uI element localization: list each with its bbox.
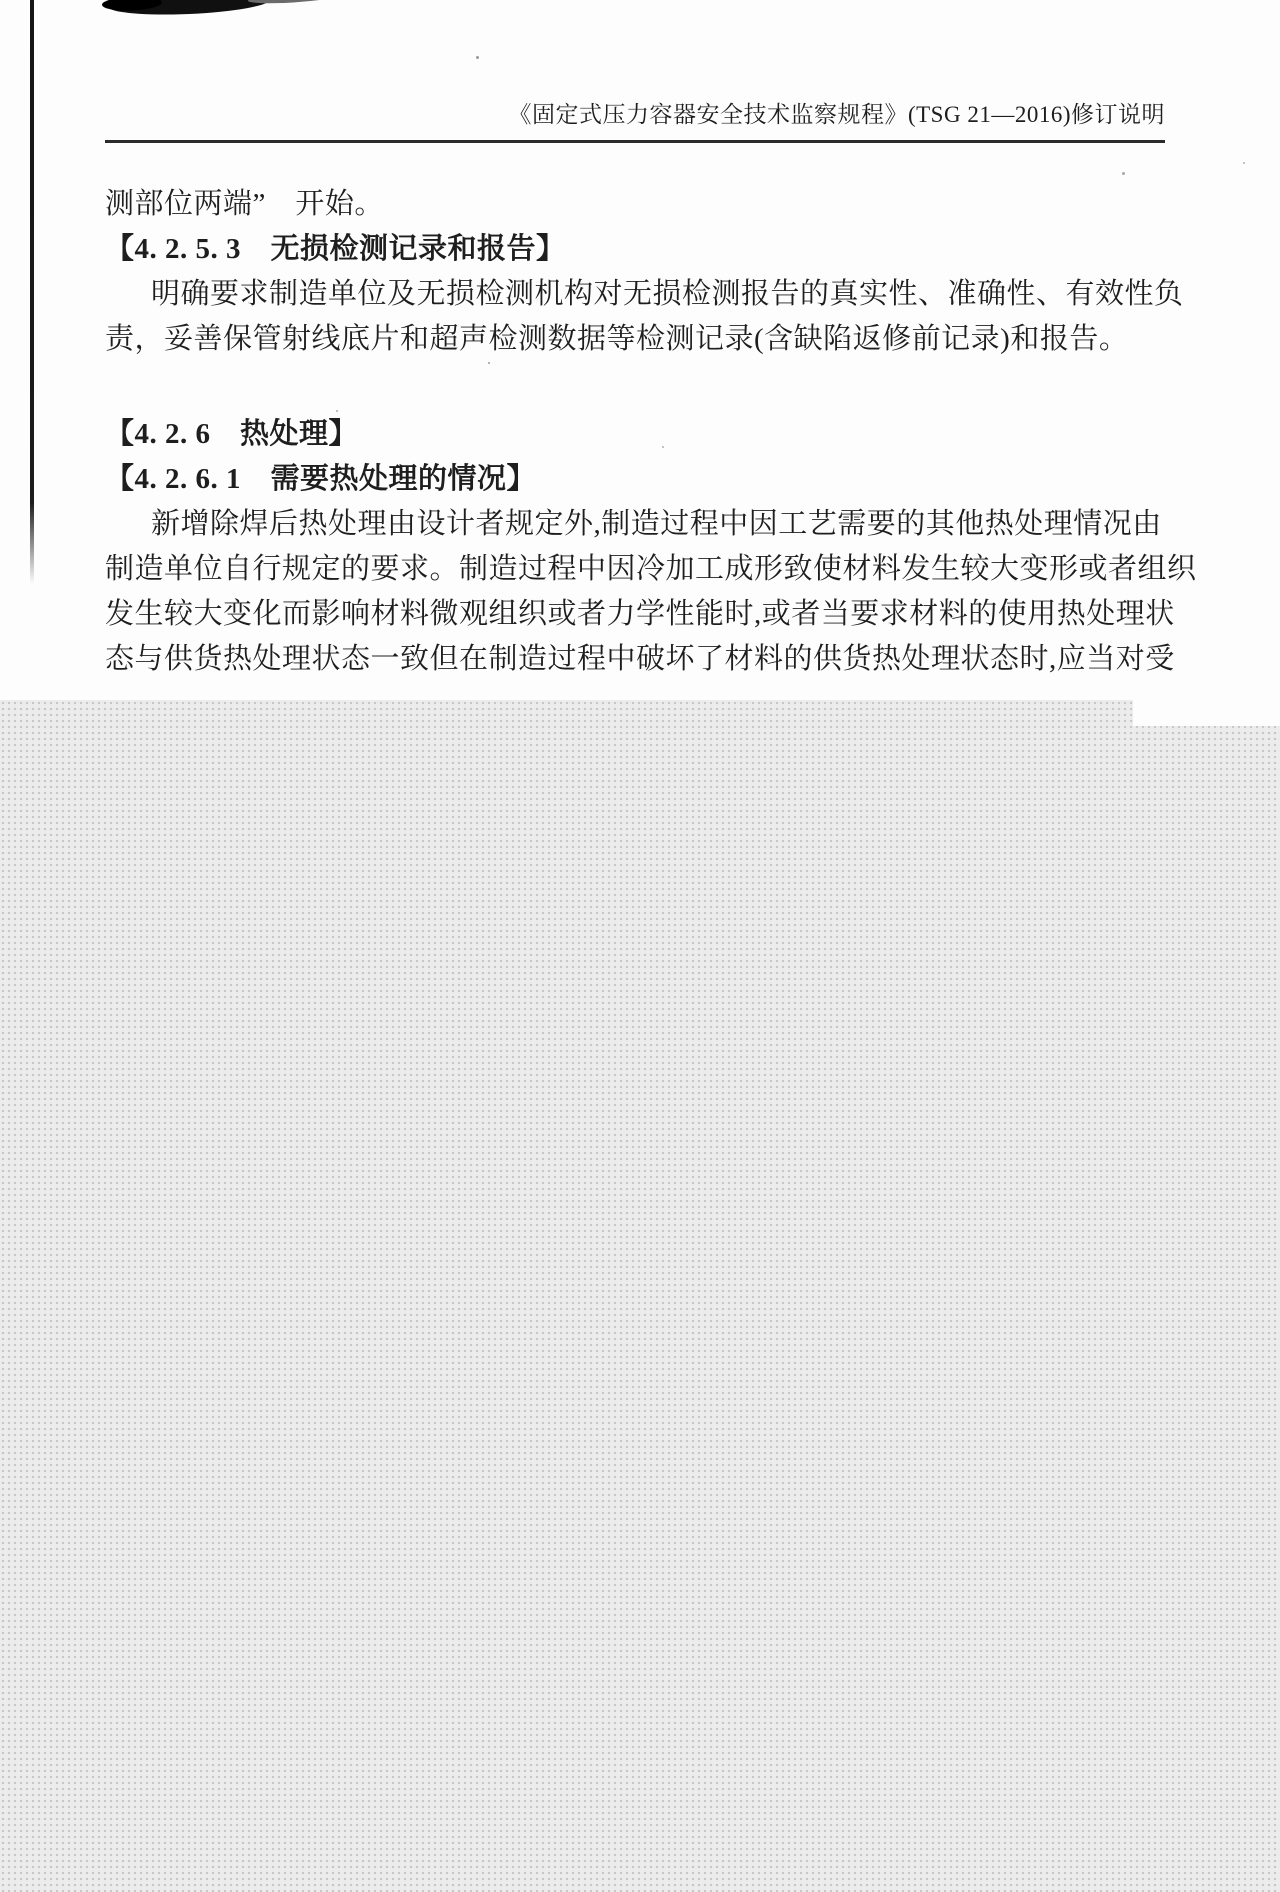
scan-speck <box>476 56 479 59</box>
paragraph-4-2-6-1-line: 态与供货热处理状态一致但在制造过程中破坏了材料的供货热处理状态时,应当对受 <box>105 637 1190 682</box>
paragraph-4-2-5-3-line: 责，妥善保管射线底片和超声检测数据等检测记录(含缺陷返修前记录)和报告。 <box>105 317 1190 362</box>
running-header-title: 《固定式压力容器安全技术监察规程》(TSG 21—2016)修订说明 <box>508 102 1165 127</box>
document-body: 测部位两端” 开始。 【4. 2. 5. 3 无损检测记录和报告】 明确要求制造… <box>105 182 1190 682</box>
scanned-document-page: 《固定式压力容器安全技术监察规程》(TSG 21—2016)修订说明 测部位两端… <box>0 0 1280 1892</box>
paragraph-4-2-6-1-line: 发生较大变化而影响材料微观组织或者力学性能时,或者当要求材料的使用热处理状 <box>105 592 1190 637</box>
section-heading-4-2-6: 【4. 2. 6 热处理】 <box>105 412 1190 457</box>
section-heading-4-2-6-1: 【4. 2. 6. 1 需要热处理的情况】 <box>105 457 1190 502</box>
halftone-white-notch <box>1133 700 1280 726</box>
paragraph-4-2-5-3-line: 明确要求制造单位及无损检测机构对无损检测报告的真实性、准确性、有效性负 <box>105 272 1190 317</box>
paragraph-continuation-line: 测部位两端” 开始。 <box>105 182 1190 227</box>
scanner-halftone-area <box>0 700 1280 1892</box>
paragraph-4-2-6-1-line: 新增除焊后热处理由设计者规定外,制造过程中因工艺需要的其他热处理情况由 <box>105 502 1190 547</box>
header-rule <box>105 140 1165 143</box>
scan-ink-smudge <box>108 0 271 18</box>
scan-edge-line <box>30 0 34 584</box>
running-header: 《固定式压力容器安全技术监察规程》(TSG 21—2016)修订说明 <box>105 96 1165 129</box>
scan-speck <box>1122 172 1125 175</box>
paragraph-4-2-6-1-line: 制造单位自行规定的要求。制造过程中因冷加工成形致使材料发生较大变形或者组织 <box>105 547 1190 592</box>
scan-speck <box>1243 162 1245 164</box>
section-heading-4-2-5-3: 【4. 2. 5. 3 无损检测记录和报告】 <box>105 227 1190 272</box>
